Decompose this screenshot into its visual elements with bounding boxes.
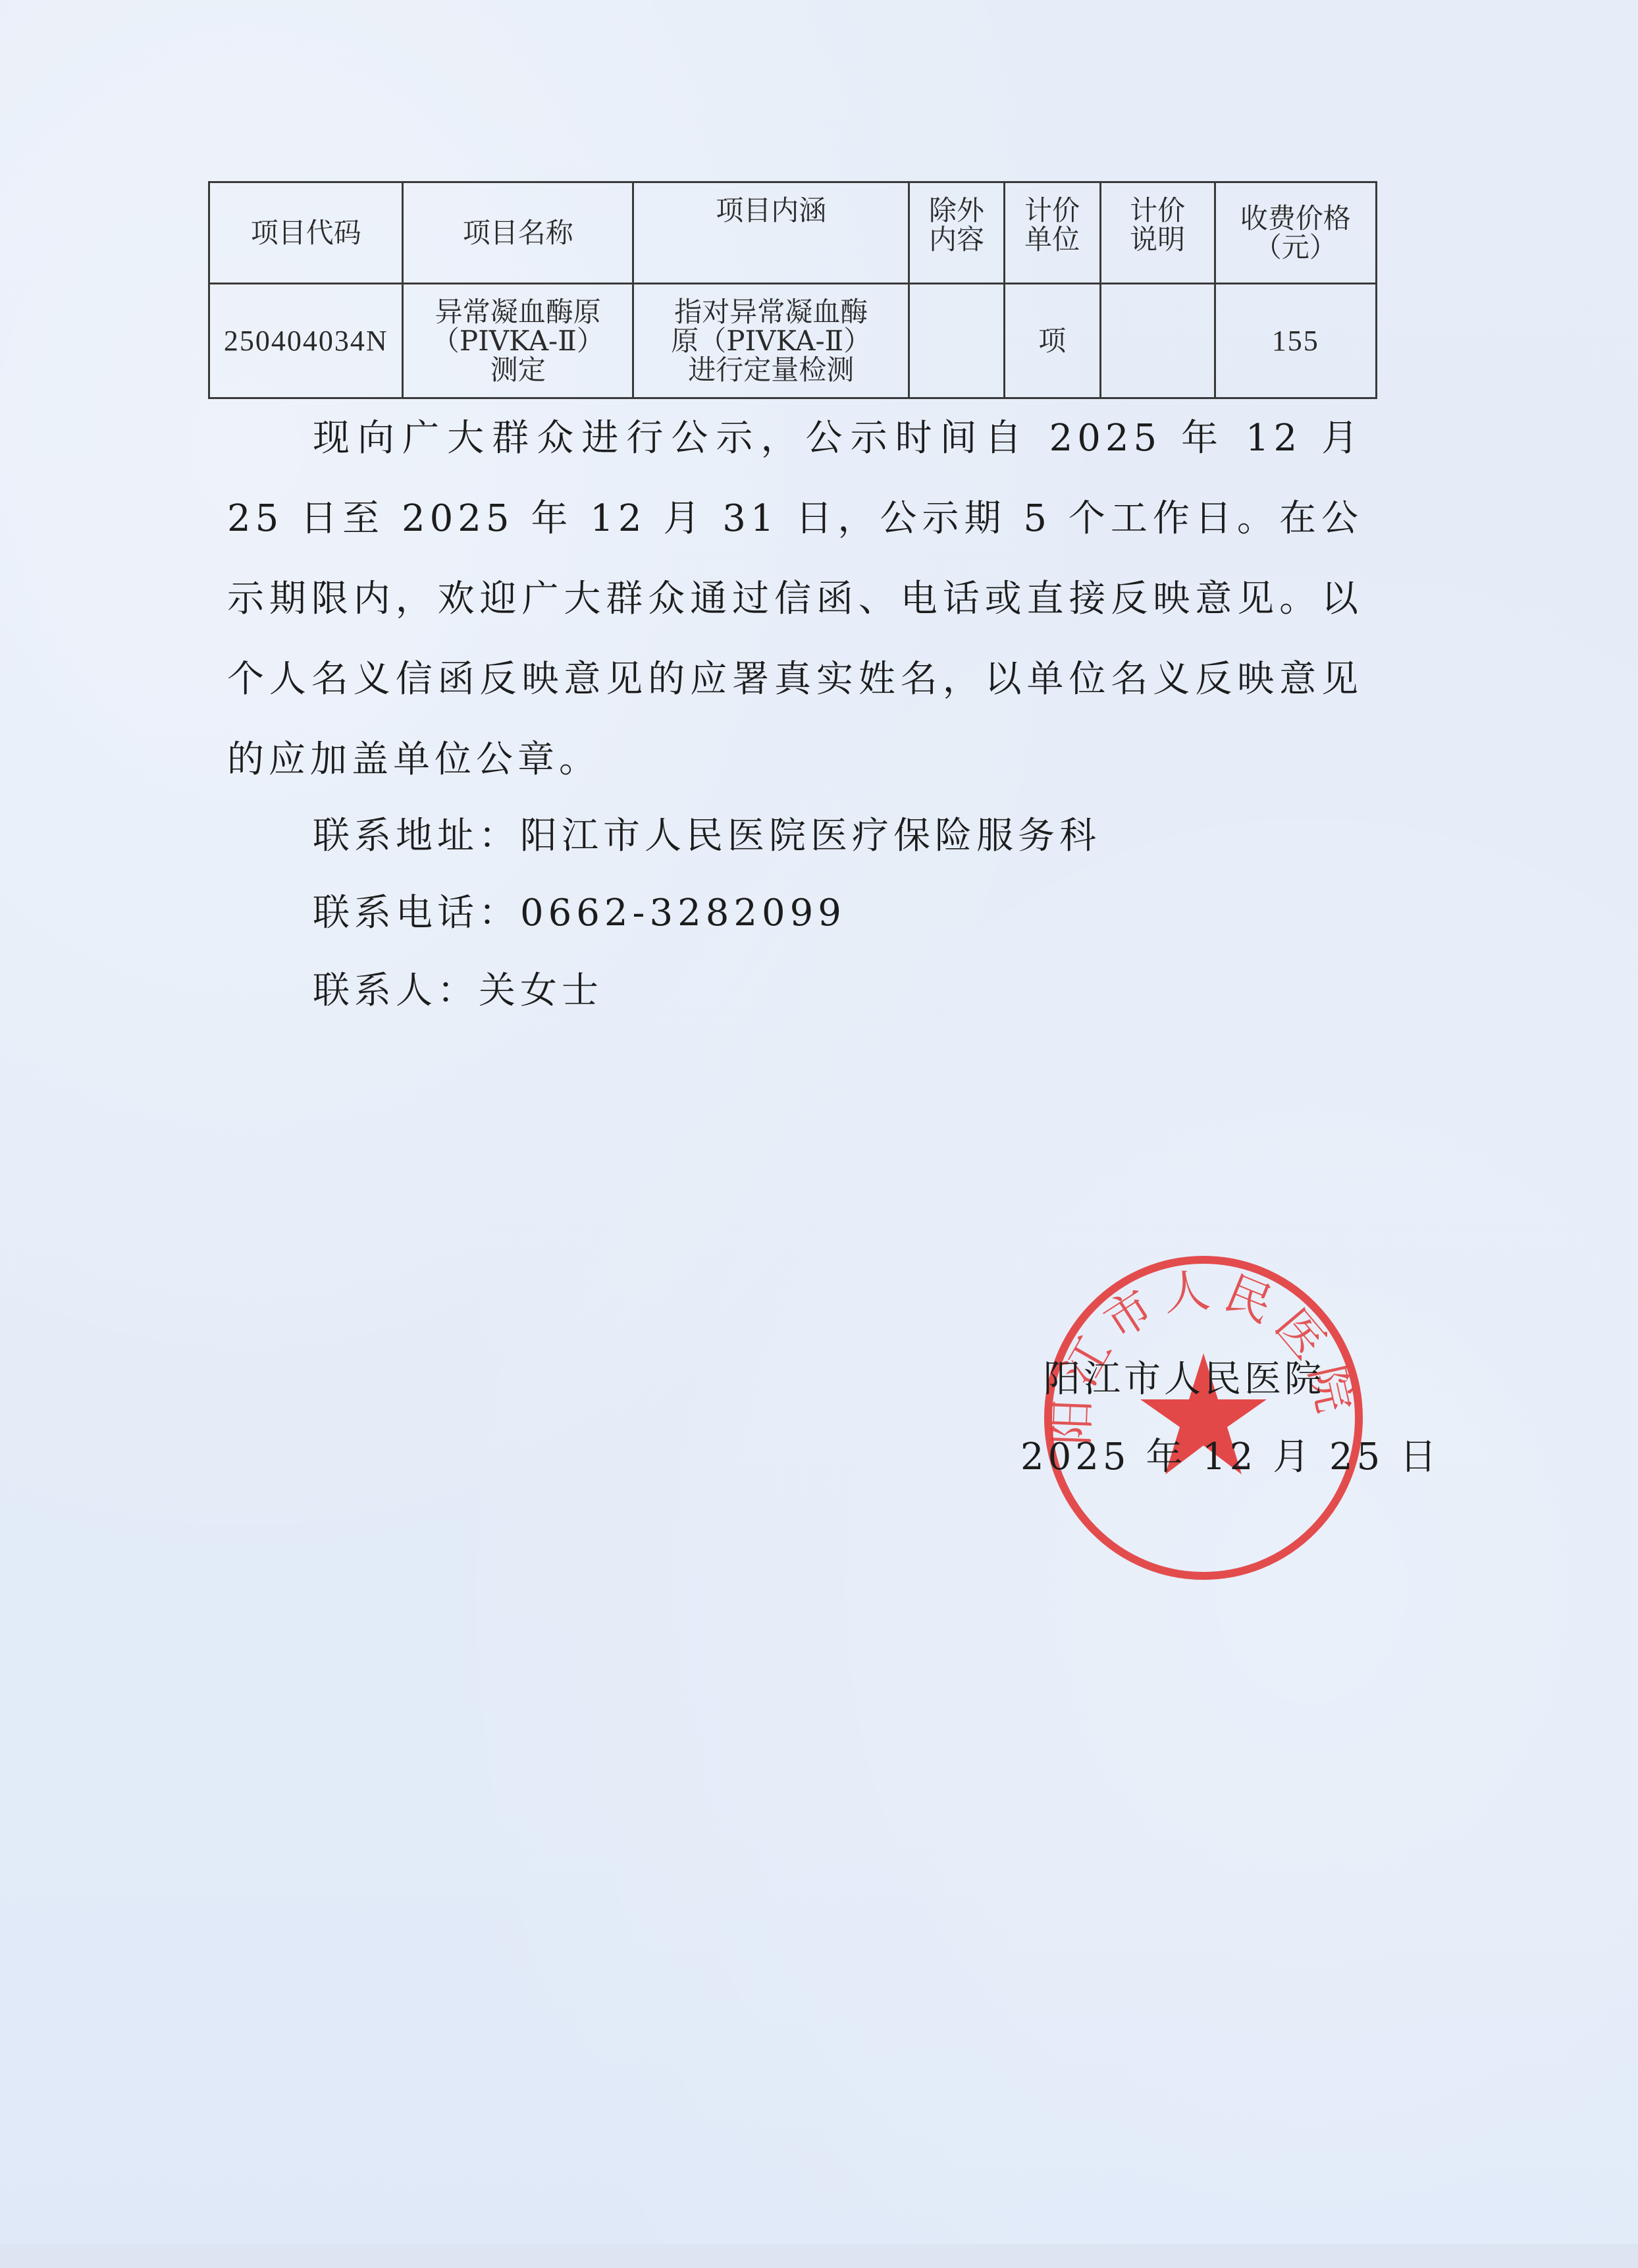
cell-price: 155 — [1215, 284, 1376, 398]
contact-address: 联系地址：阳江市人民医院医疗保险服务科 — [313, 807, 1101, 859]
cell-item-name: 异常凝血酶原 （PIVKA-Ⅱ） 测定 — [403, 284, 633, 398]
header-price: 收费价格（元） — [1215, 182, 1376, 284]
header-pricing-unit: 计价单位 — [1004, 182, 1100, 284]
table-header-row: 项目代码 项目名称 项目内涵 除外内容 计价单位 计价说明 收费价格（元） — [209, 182, 1377, 284]
contact-phone: 联系电话：0662-3282099 — [313, 884, 846, 936]
header-item-code: 项目代码 — [209, 182, 403, 284]
contact-phone-value: 0662-3282099 — [520, 892, 846, 934]
signature-organization: 阳江市人民医院 — [1044, 1350, 1325, 1403]
cell-pricing-unit: 项 — [1004, 284, 1100, 398]
contact-address-value: 阳江市人民医院医疗保险服务科 — [520, 815, 1101, 857]
scan-edge — [0, 2244, 1638, 2268]
header-exclusions: 除外内容 — [909, 182, 1004, 284]
header-item-name: 项目名称 — [403, 182, 633, 284]
contact-person: 联系人：关女士 — [313, 961, 603, 1014]
contact-person-label: 联系人： — [313, 969, 479, 1012]
cell-item-connotation: 指对异常凝血酶 原（PIVKA-Ⅱ） 进行定量检测 — [633, 284, 909, 398]
cell-pricing-note — [1100, 284, 1215, 398]
table-row: 250404034N 异常凝血酶原 （PIVKA-Ⅱ） 测定 指对异常凝血酶 原… — [209, 284, 1377, 398]
signature-date: 2025 年 12 月 25 日 — [1020, 1428, 1440, 1480]
header-pricing-note: 计价说明 — [1100, 182, 1215, 284]
header-item-connotation: 项目内涵 — [633, 182, 909, 284]
contact-phone-label: 联系电话： — [313, 892, 520, 934]
cell-exclusions — [909, 284, 1004, 398]
notice-paragraph: 现向广大群众进行公示，公示时间自 2025 年 12 月 25 日至 2025 … — [227, 398, 1363, 800]
contact-person-value: 关女士 — [479, 969, 603, 1012]
fee-table: 项目代码 项目名称 项目内涵 除外内容 计价单位 计价说明 收费价格（元） 25… — [208, 181, 1377, 399]
contact-address-label: 联系地址： — [313, 815, 520, 857]
cell-item-code: 250404034N — [209, 284, 403, 398]
official-seal-icon: 阳江市人民医院 — [1040, 1255, 1367, 1581]
